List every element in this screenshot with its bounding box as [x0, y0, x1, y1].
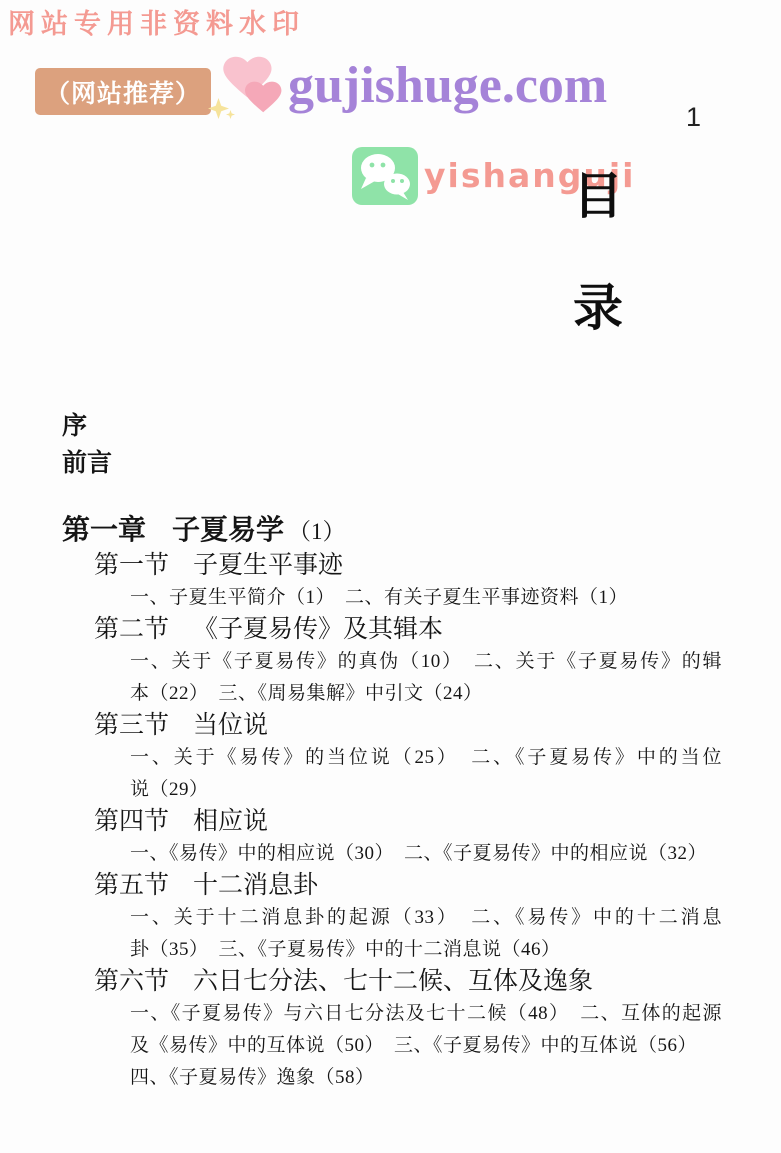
section-title: 六日七分法、七十二候、互体及逸象: [193, 968, 593, 995]
hearts-icon: [206, 50, 294, 130]
chapter-page: （1）: [288, 519, 346, 544]
chapter-title: 子夏易学: [172, 514, 284, 545]
site-url-watermark: gujishuge.com: [288, 56, 607, 115]
toc-subitems-line: 及《易传》中的互体说（50） 三、《子夏易传》中的互体说（56）: [62, 1030, 722, 1062]
wechat-icon: [352, 147, 418, 205]
toc-section-5: 第五节十二消息卦: [62, 870, 722, 902]
section-label: 第六节: [94, 968, 169, 995]
toc-subitems-line: 本（22） 三、《周易集解》中引文（24）: [62, 678, 722, 710]
site-recommend-badge-label: （网站推荐）: [45, 74, 201, 110]
section-title: 十二消息卦: [193, 872, 318, 899]
toc-section-4: 第四节相应说: [62, 806, 722, 838]
toc-section-2: 第二节《子夏易传》及其辑本: [62, 614, 722, 646]
toc-title-char-lu: 录: [561, 268, 635, 340]
site-recommend-badge: （网站推荐）: [35, 68, 211, 115]
toc-subitems-line: 四、《子夏易传》逸象（58）: [62, 1062, 722, 1094]
section-label: 第一节: [94, 552, 169, 579]
page-number: 1: [686, 102, 701, 133]
toc-subitems-line: 一、关于十二消息卦的起源（33） 二、《易传》中的十二消息: [62, 902, 722, 934]
section-label: 第三节: [94, 712, 169, 739]
toc-list: 序 前言 第一章子夏易学（1） 第一节子夏生平事迹 一、子夏生平简介（1） 二、…: [62, 408, 722, 1094]
chapter-label: 第一章: [62, 514, 146, 545]
section-title: 《子夏易传》及其辑本: [193, 616, 443, 643]
section-label: 第四节: [94, 808, 169, 835]
top-watermark-text: 网站专用非资料水印: [8, 2, 305, 41]
section-label: 第五节: [94, 872, 169, 899]
toc-entry-foreword: 前言: [62, 445, 722, 482]
section-label: 第二节: [94, 616, 169, 643]
toc-subitems-line: 一、子夏生平简介（1） 二、有关子夏生平事迹资料（1）: [62, 582, 722, 614]
toc-section-1: 第一节子夏生平事迹: [62, 550, 722, 582]
toc-section-6: 第六节六日七分法、七十二候、互体及逸象: [62, 966, 722, 998]
toc-subitems-line: 说（29）: [62, 774, 722, 806]
section-title: 当位说: [193, 712, 268, 739]
toc-chapter-1: 第一章子夏易学（1）: [62, 511, 722, 550]
toc-title: 目 录: [561, 156, 635, 340]
toc-section-3: 第三节当位说: [62, 710, 722, 742]
toc-subitems-line: 一、关于《易传》的当位说（25） 二、《子夏易传》中的当位: [62, 742, 722, 774]
toc-subitems-line: 一、关于《子夏易传》的真伪（10） 二、关于《子夏易传》的辑: [62, 646, 722, 678]
toc-subitems-line: 一、《子夏易传》与六日七分法及七十二候（48） 二、互体的起源: [62, 998, 722, 1030]
section-title: 子夏生平事迹: [193, 552, 343, 579]
section-title: 相应说: [193, 808, 268, 835]
toc-title-char-mu: 目: [561, 156, 635, 228]
toc-entry-preface: 序: [62, 408, 722, 445]
toc-subitems-line: 卦（35） 三、《子夏易传》中的十二消息说（46）: [62, 934, 722, 966]
toc-subitems-line: 一、《易传》中的相应说（30） 二、《子夏易传》中的相应说（32）: [62, 838, 722, 870]
